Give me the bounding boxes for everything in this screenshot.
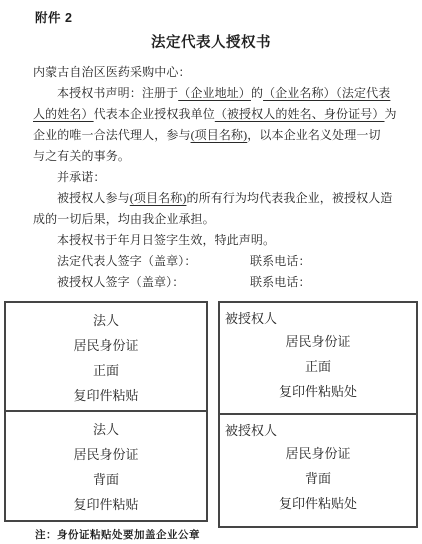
footnote: 注：身份证粘贴处要加盖企业公章 [35,527,200,542]
signature-row: 被授权人签字（盖章）：联系电话： [33,272,405,293]
box-line: 居民身份证 [220,329,416,354]
blank-field-text: （企业地址） [178,86,251,100]
paste-box-authorized-person-id-back: 被授权人居民身份证背面复印件粘贴处 [218,413,418,528]
body-text: 并承诺： [57,170,105,184]
blank-field-text: (项目名称) [191,128,248,142]
box-header: 被授权人 [220,303,416,329]
document-title: 法定代表人授权书 [0,31,422,52]
box-line: 法人 [6,417,206,442]
body-text: 企业的唯一合法代理人，参与 [33,128,191,142]
box-line: 正面 [220,354,416,379]
signature-row: 法定代表人签字（盖章）：联系电话： [33,251,405,272]
text-line: 被授权人参与(项目名称)的所有行为均代表我企业，被授权人造 [33,188,405,209]
paste-box-authorized-person-id-front: 被授权人居民身份证正面复印件粘贴处 [218,301,418,415]
body-text: ，以本企业名义处理一切 [247,128,380,142]
text-line: 与之有关的事务。 [33,146,405,167]
blank-field-text: (项目名称) [130,191,187,205]
text-line: 人的姓名）代表本企业授权我单位（被授权人的姓名、身份证号）为 [33,104,405,125]
body-paragraphs: 本授权书声明：注册于（企业地址）的（企业名称）（法定代表人的姓名）代表本企业授权… [33,83,405,251]
signature-rows: 法定代表人签字（盖章）：联系电话：被授权人签字（盖章）：联系电话： [33,251,405,293]
body-text: 代表本企业授权我单位 [94,107,215,121]
box-line: 复印件粘贴处 [220,379,416,404]
paste-box-legal-rep-id-front: 法人居民身份证正面复印件粘贴 [4,301,208,412]
box-line: 法人 [6,308,206,333]
box-line: 复印件粘贴 [6,492,206,517]
document-page: 附件 2 法定代表人授权书 内蒙古自治区医药采购中心： 本授权书声明：注册于（企… [0,0,422,544]
addressee-line: 内蒙古自治区医药采购中心： [33,62,405,83]
paste-box-legal-rep-id-back: 法人居民身份证背面复印件粘贴 [4,410,208,522]
document-body: 内蒙古自治区医药采购中心： 本授权书声明：注册于（企业地址）的（企业名称）（法定… [33,62,405,293]
body-text: 为 [385,107,397,121]
phone-label: 联系电话： [250,251,311,272]
body-text: 被授权人参与 [57,191,130,205]
body-text: 的 [251,86,263,100]
signature-label: 法定代表人签字（盖章）： [57,254,196,268]
body-text: 本授权书于年月日签字生效，特此声明。 [57,233,275,247]
attachment-label: 附件 2 [35,8,72,26]
text-line: 本授权书声明：注册于（企业地址）的（企业名称）（法定代表 [33,83,405,104]
text-line: 并承诺： [33,167,405,188]
text-line: 成的一切后果，均由我企业承担。 [33,209,405,230]
box-line: 复印件粘贴 [6,383,206,408]
box-line: 背面 [6,467,206,492]
text-line: 本授权书于年月日签字生效，特此声明。 [33,230,405,251]
box-line: 居民身份证 [6,442,206,467]
box-line: 复印件粘贴处 [220,491,416,516]
box-header: 被授权人 [220,415,416,441]
blank-field-text: （被授权人的姓名、身份证号） [215,107,385,121]
phone-label: 联系电话： [250,272,311,293]
box-line: 居民身份证 [220,441,416,466]
box-line: 居民身份证 [6,333,206,358]
body-text: 的所有行为均代表我企业，被授权人造 [186,191,392,205]
blank-field-text: （企业名称）（法定代表 [263,86,390,100]
text-line: 企业的唯一合法代理人，参与(项目名称)，以本企业名义处理一切 [33,125,405,146]
box-line: 正面 [6,358,206,383]
body-text: 成的一切后果，均由我企业承担。 [33,212,215,226]
body-text: 与之有关的事务。 [33,149,130,163]
blank-field-text: 人的姓名） [33,107,94,121]
body-text: 本授权书声明：注册于 [57,86,178,100]
box-line: 背面 [220,466,416,491]
signature-label: 被授权人签字（盖章）： [57,275,184,289]
